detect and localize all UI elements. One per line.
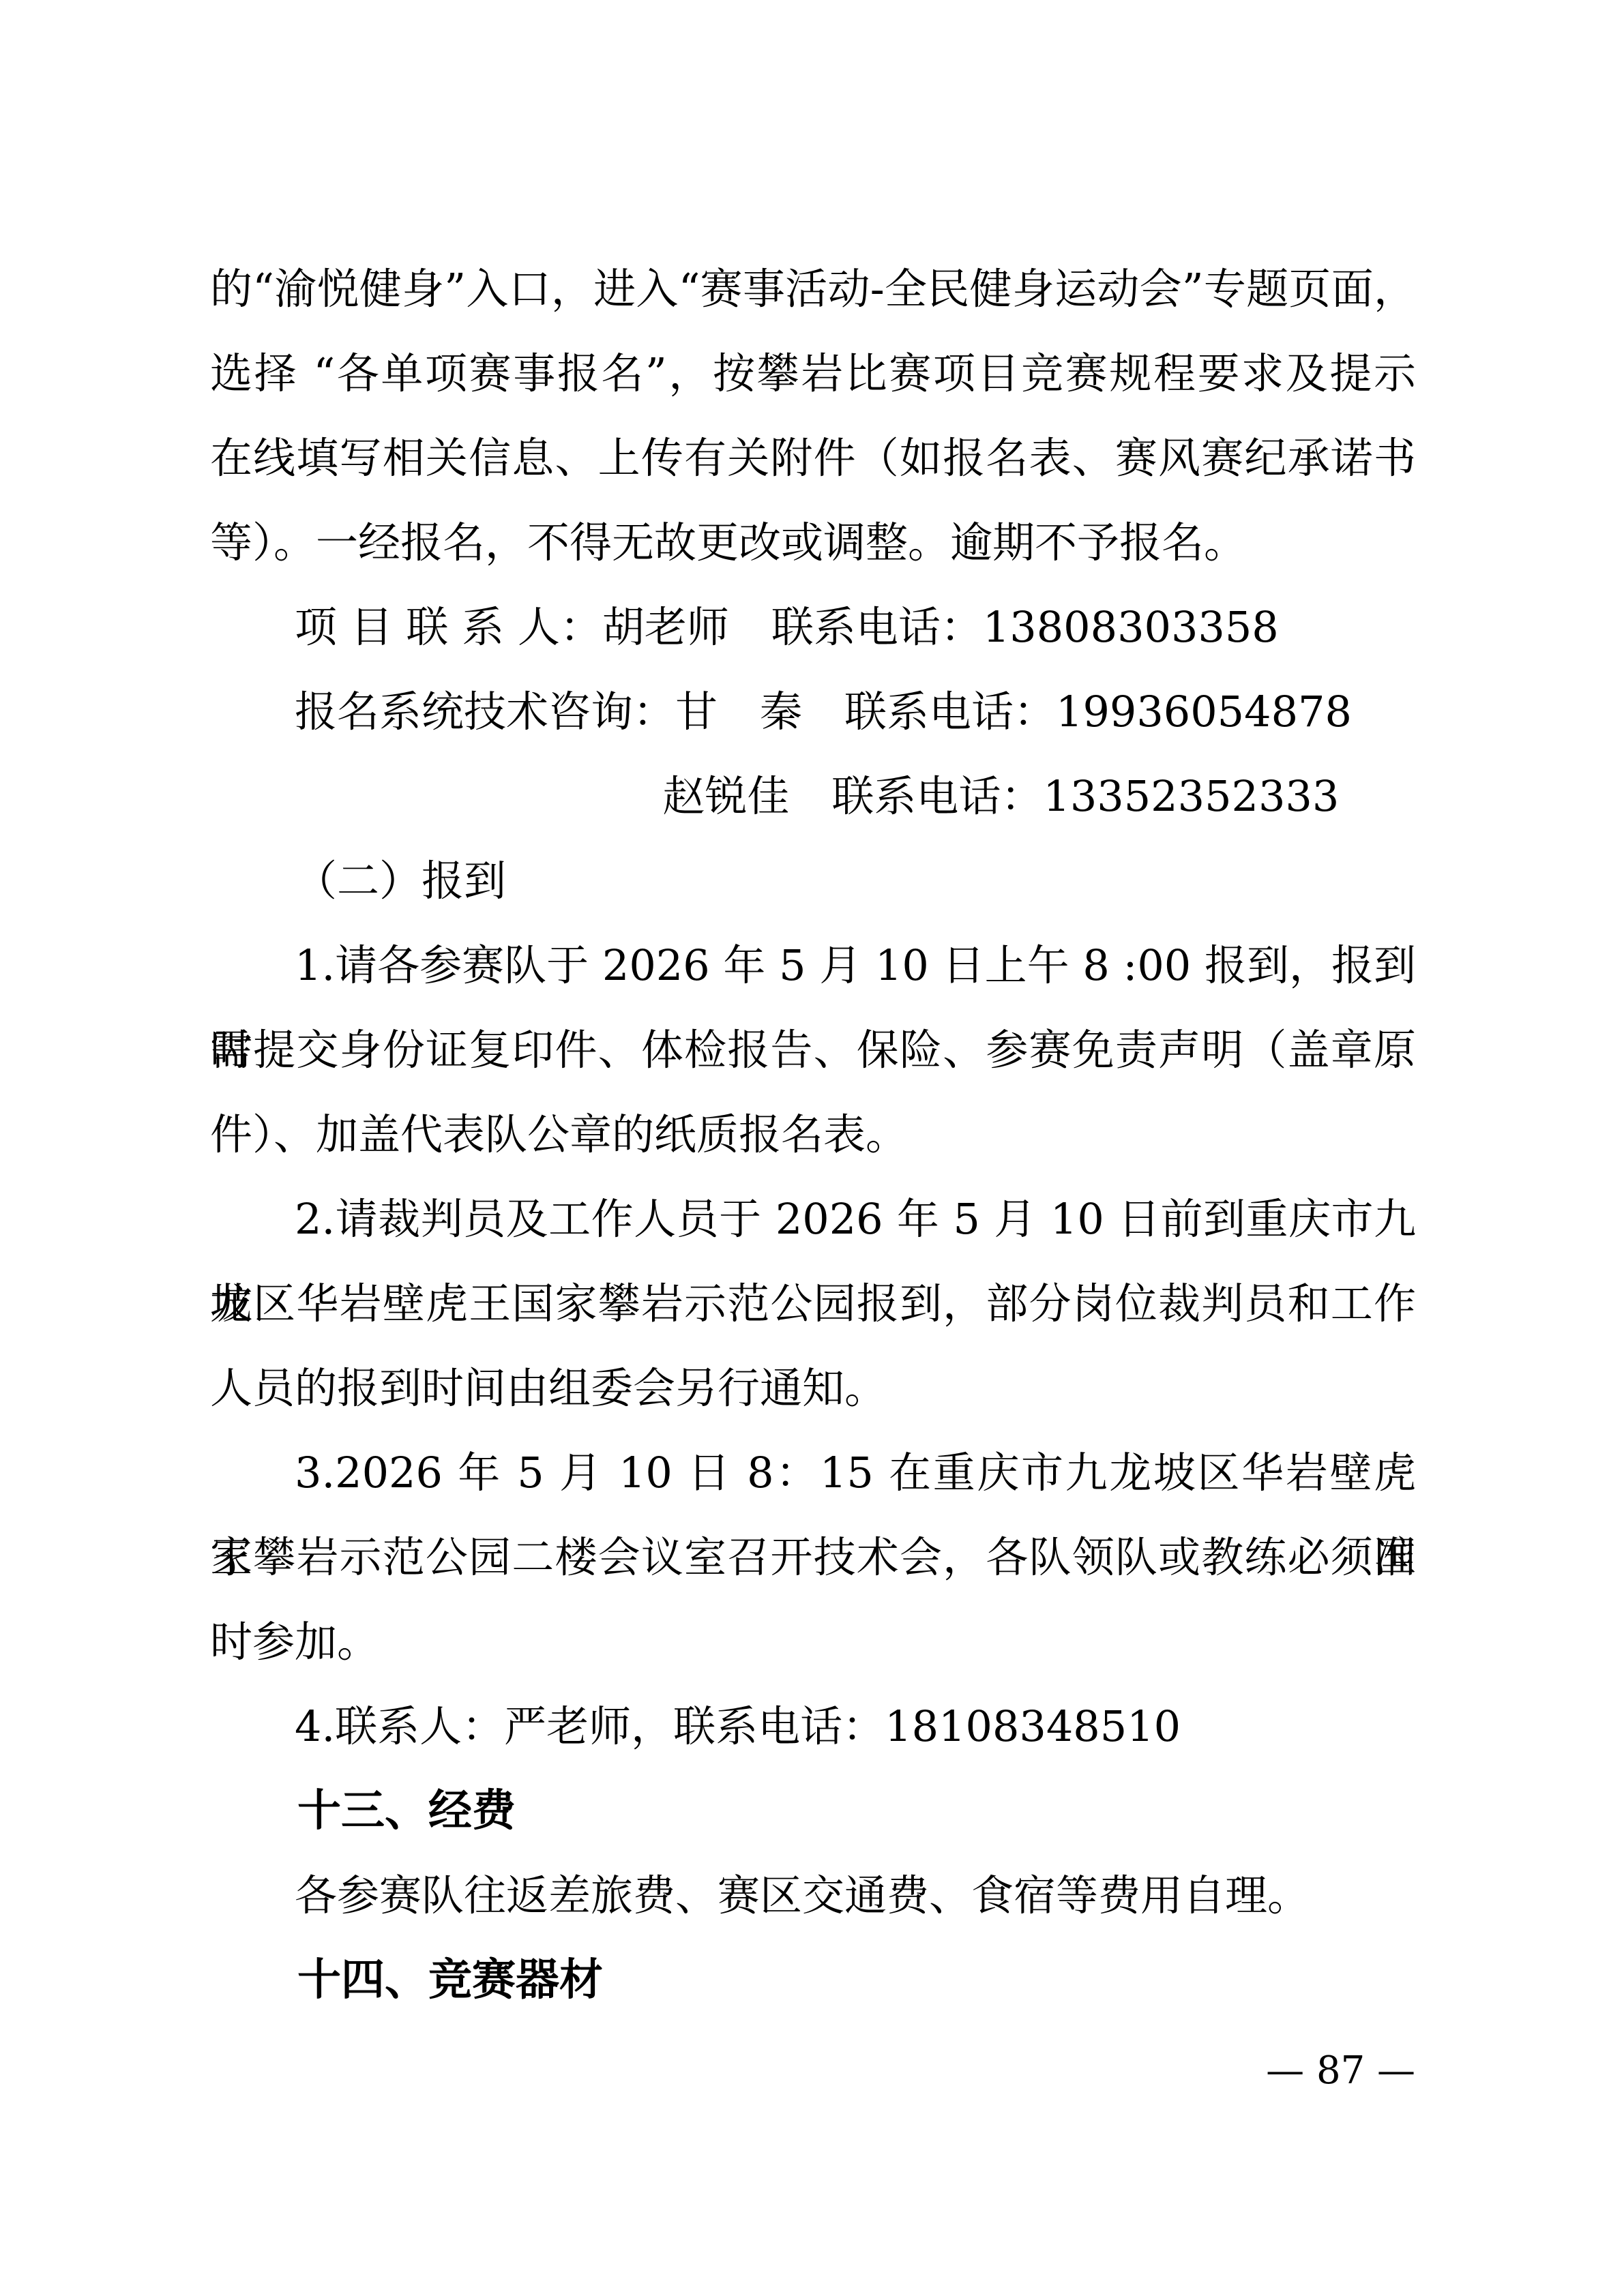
text-line: 4.联系人：严老师，联系电话：18108348510 — [210, 1684, 1416, 1769]
text-line: （二）报到 — [210, 839, 1416, 923]
text-line: 件）、加盖代表队公章的纸质报名表。 — [210, 1092, 1416, 1177]
text-line: 赵锐佳 联系电话：13352352333 — [210, 754, 1416, 839]
text-line: 各参赛队往返差旅费、赛区交通费、食宿等费用自理。 — [210, 1853, 1416, 1938]
text-line: 家攀岩示范公园二楼会议室召开技术会，各队领队或教练必须准 — [210, 1515, 1416, 1600]
text-line: 3.2026 年 5 月 10 日 8：15 在重庆市九龙坡区华岩壁虎王 国 — [210, 1431, 1416, 1515]
section-heading: 十三、经费 — [210, 1769, 1416, 1853]
text-line: 的“渝悦健身”入口，进入“赛事活动-全民健身运动会”专题页面， — [210, 247, 1416, 331]
text-line: 选择 “各单项赛事报名”，按攀岩比赛项目竞赛规程要求及提示 — [210, 331, 1416, 416]
text-line: 时参加。 — [210, 1600, 1416, 1684]
document-body: 的“渝悦健身”入口，进入“赛事活动-全民健身运动会”专题页面，选择 “各单项赛事… — [210, 247, 1416, 2023]
text-line: 需提交身份证复印件、体检报告、保险、参赛免责声明（盖章原 — [210, 1008, 1416, 1092]
text-line: 人员的报到时间由组委会另行通知。 — [210, 1346, 1416, 1431]
text-line: 在线填写相关信息、上传有关附件（如报名表、赛风赛纪承诺书 — [210, 416, 1416, 501]
section-heading: 十四、竞赛器材 — [210, 1938, 1416, 2023]
text-line: 坡区华岩壁虎王国家攀岩示范公园报到，部分岗位裁判员和工作 — [210, 1262, 1416, 1346]
text-line: 项 目 联 系 人：胡老师 联系电话：13808303358 — [210, 585, 1416, 670]
text-line: 1.请各参赛队于 2026 年 5 月 10 日上午 8 :00 报到，报到时 — [210, 923, 1416, 1008]
text-line: 报名系统技术咨询：甘 秦 联系电话：19936054878 — [210, 670, 1416, 754]
document-page: 的“渝悦健身”入口，进入“赛事活动-全民健身运动会”专题页面，选择 “各单项赛事… — [0, 0, 1624, 2296]
text-line: 等）。一经报名，不得无故更改或调整。逾期不予报名。 — [210, 501, 1416, 585]
page-number: — 87 — — [1266, 2047, 1415, 2095]
text-line: 2.请裁判员及工作人员于 2026 年 5 月 10 日前到重庆市九龙 — [210, 1177, 1416, 1262]
